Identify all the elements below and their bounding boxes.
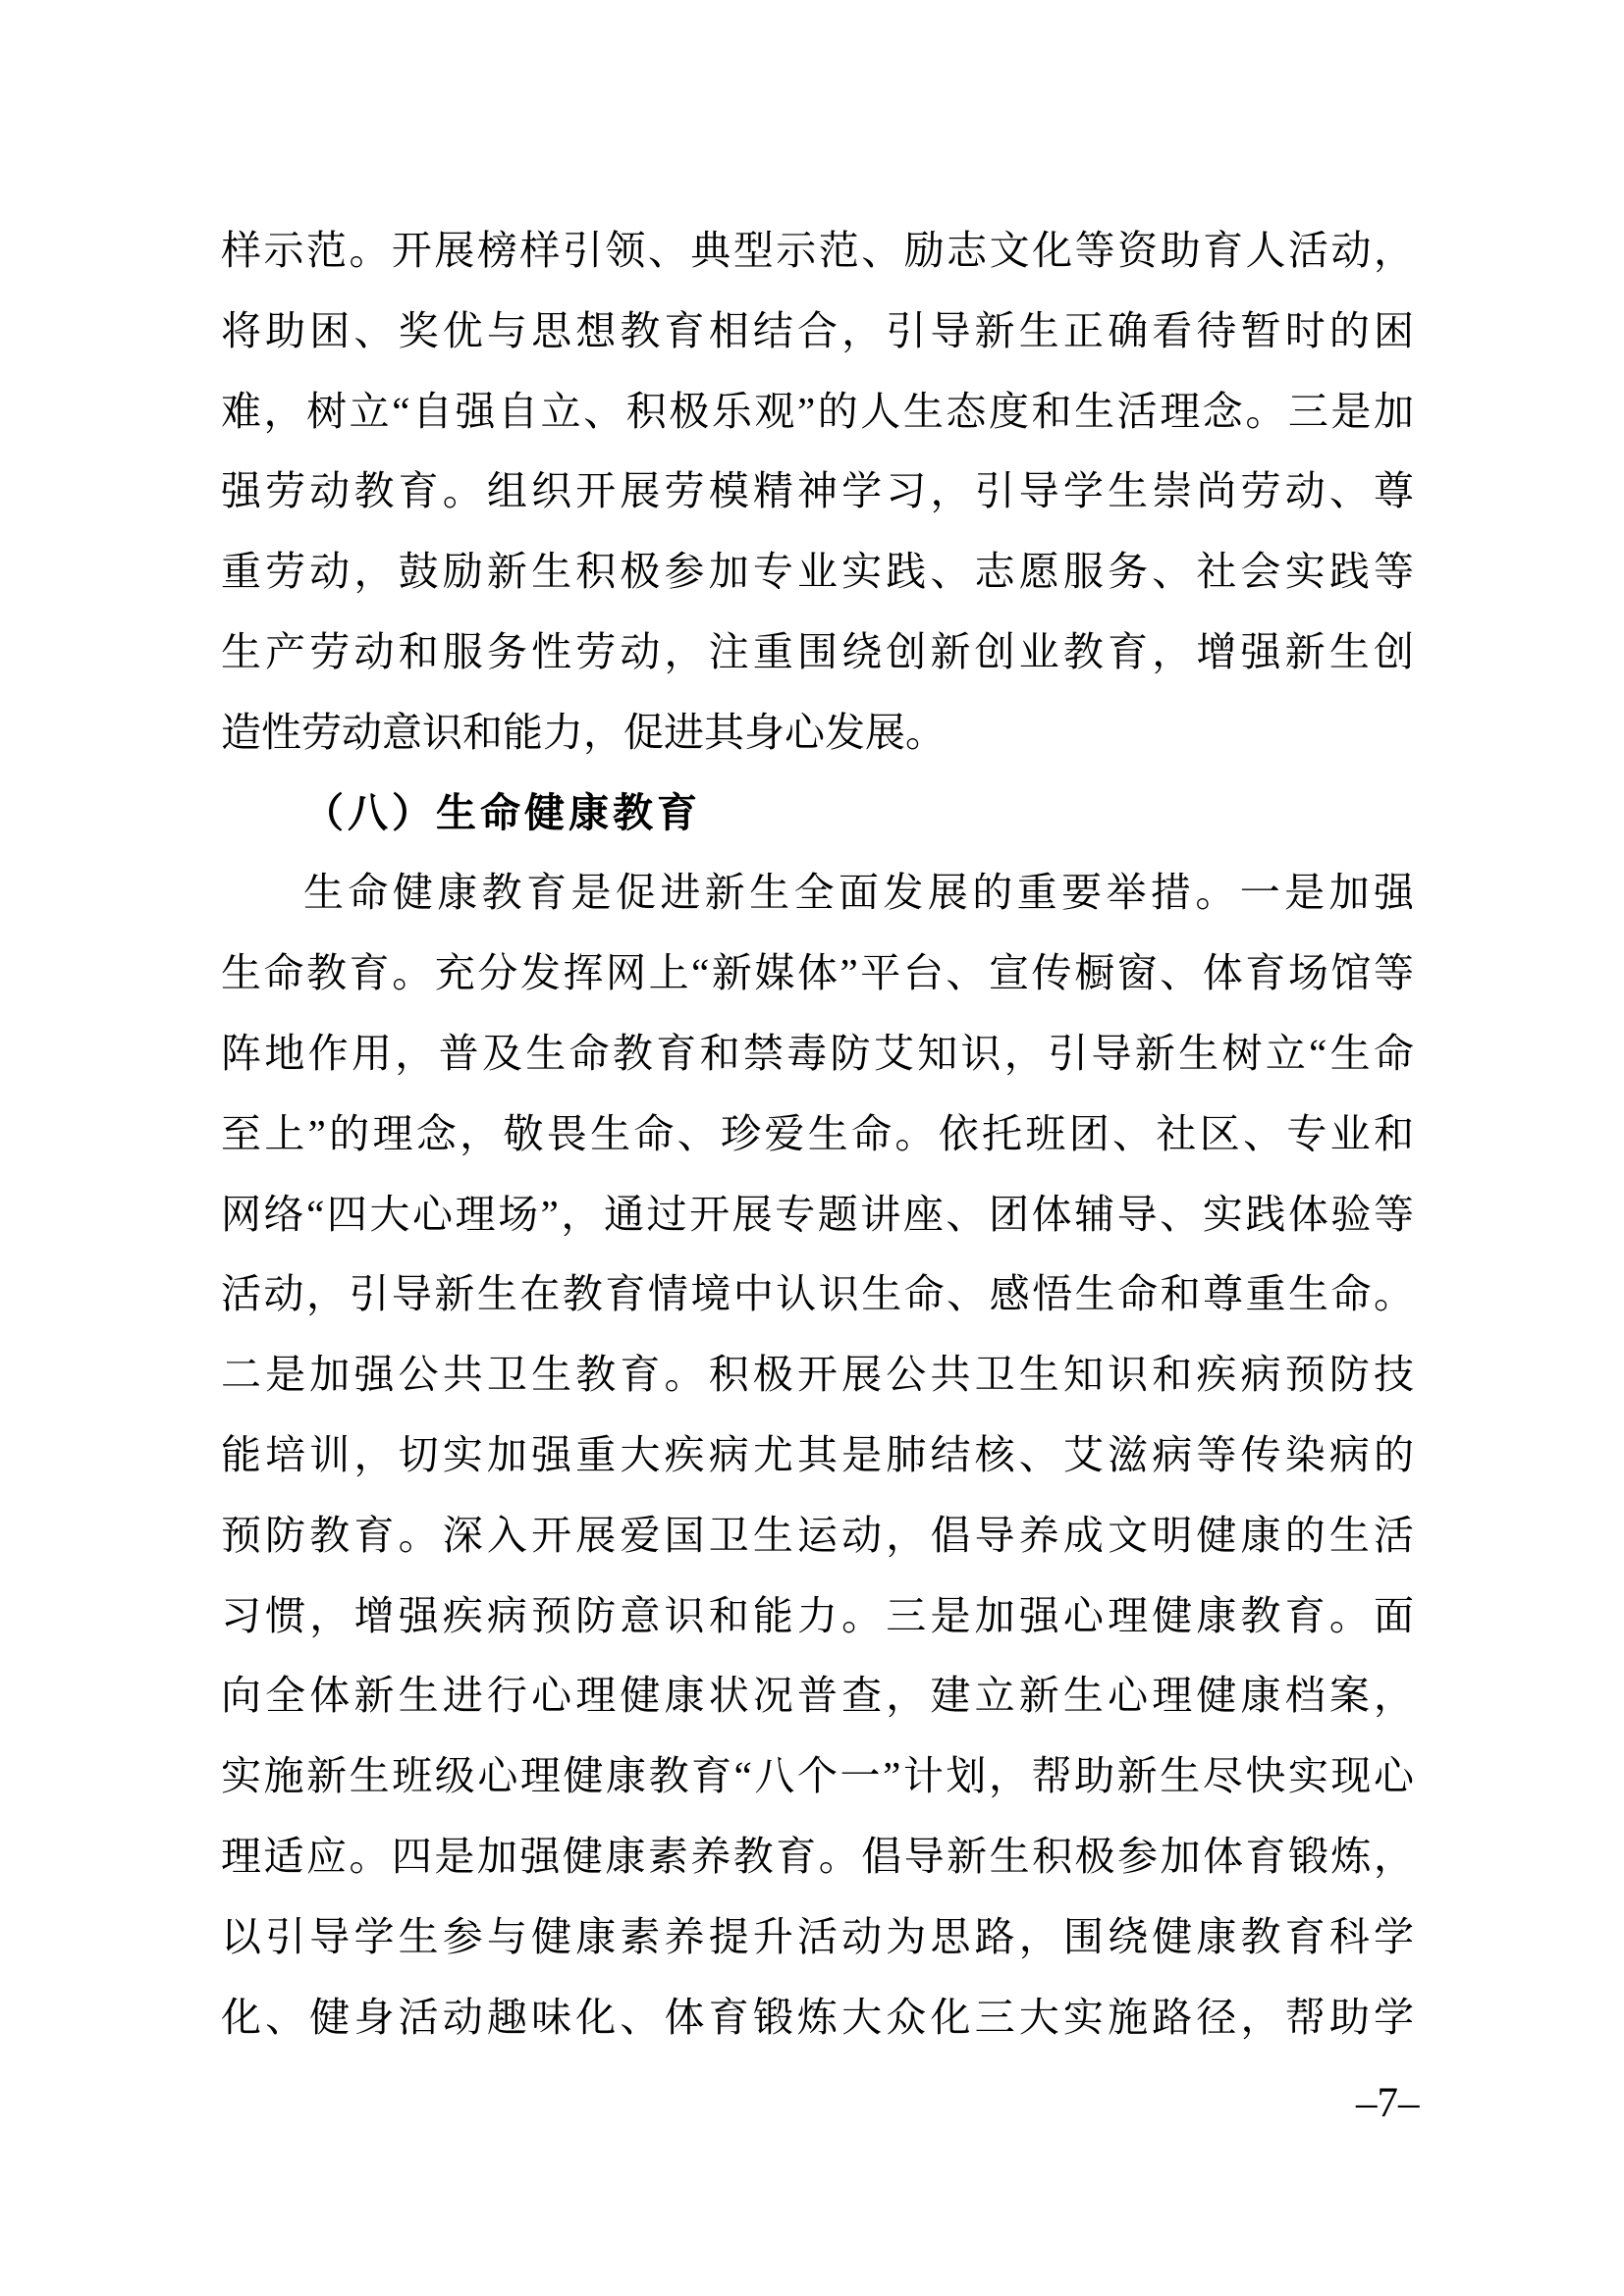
body-line: 以引导学生参与健康素养提升活动为思路，围绕健康教育科学: [221, 1897, 1414, 1978]
body-line: 生产劳动和服务性劳动，注重围绕创新创业教育，增强新生创: [221, 613, 1414, 693]
body-line: 实施新生班级心理健康教育“八个一”计划，帮助新生尽快实现心: [221, 1736, 1414, 1817]
page-number: –7–: [1356, 2082, 1420, 2124]
document-page: 样示范。开展榜样引领、典型示范、励志文化等资助育人活动， 将助困、奖优与思想教育…: [0, 0, 1624, 2296]
body-line: 网络“四大心理场”，通过开展专题讲座、团体辅导、实践体验等: [221, 1175, 1414, 1255]
body-line: 将助困、奖优与思想教育相结合，引导新生正确看待暂时的困: [221, 292, 1414, 372]
body-line: 化、健身活动趣味化、体育锻炼大众化三大实施路径，帮助学: [221, 1978, 1414, 2058]
body-line: 重劳动，鼓励新生积极参加专业实践、志愿服务、社会实践等: [221, 532, 1414, 613]
section-heading: （八）生命健康教育: [221, 774, 1414, 854]
body-line: 阵地作用，普及生命教育和禁毒防艾知识，引导新生树立“生命: [221, 1014, 1414, 1095]
body-line: 向全体新生进行心理健康状况普查，建立新生心理健康档案，: [221, 1656, 1414, 1736]
body-line: 难，树立“自强自立、积极乐观”的人生态度和生活理念。三是加: [221, 372, 1414, 453]
body-line: 二是加强公共卫生教育。积极开展公共卫生知识和疾病预防技: [221, 1335, 1414, 1415]
body-line: 预防教育。深入开展爱国卫生运动，倡导养成文明健康的生活: [221, 1496, 1414, 1576]
text-column: 样示范。开展榜样引领、典型示范、励志文化等资助育人活动， 将助困、奖优与思想教育…: [221, 211, 1414, 2057]
body-line: 至上”的理念，敬畏生命、珍爱生命。依托班团、社区、专业和: [221, 1095, 1414, 1175]
body-line: 习惯，增强疾病预防意识和能力。三是加强心理健康教育。面: [221, 1576, 1414, 1657]
body-line: 生命健康教育是促进新生全面发展的重要举措。一是加强: [221, 853, 1414, 934]
body-line: 强劳动教育。组织开展劳模精神学习，引导学生崇尚劳动、尊: [221, 452, 1414, 532]
body-line: 造性劳动意识和能力，促进其身心发展。: [221, 693, 1414, 774]
body-line: 活动，引导新生在教育情境中认识生命、感悟生命和尊重生命。: [221, 1255, 1414, 1335]
body-line: 理适应。四是加强健康素养教育。倡导新生积极参加体育锻炼，: [221, 1817, 1414, 1897]
body-line: 样示范。开展榜样引领、典型示范、励志文化等资助育人活动，: [221, 211, 1414, 292]
body-line: 生命教育。充分发挥网上“新媒体”平台、宣传橱窗、体育场馆等: [221, 934, 1414, 1014]
body-line: 能培训，切实加强重大疾病尤其是肺结核、艾滋病等传染病的: [221, 1415, 1414, 1496]
